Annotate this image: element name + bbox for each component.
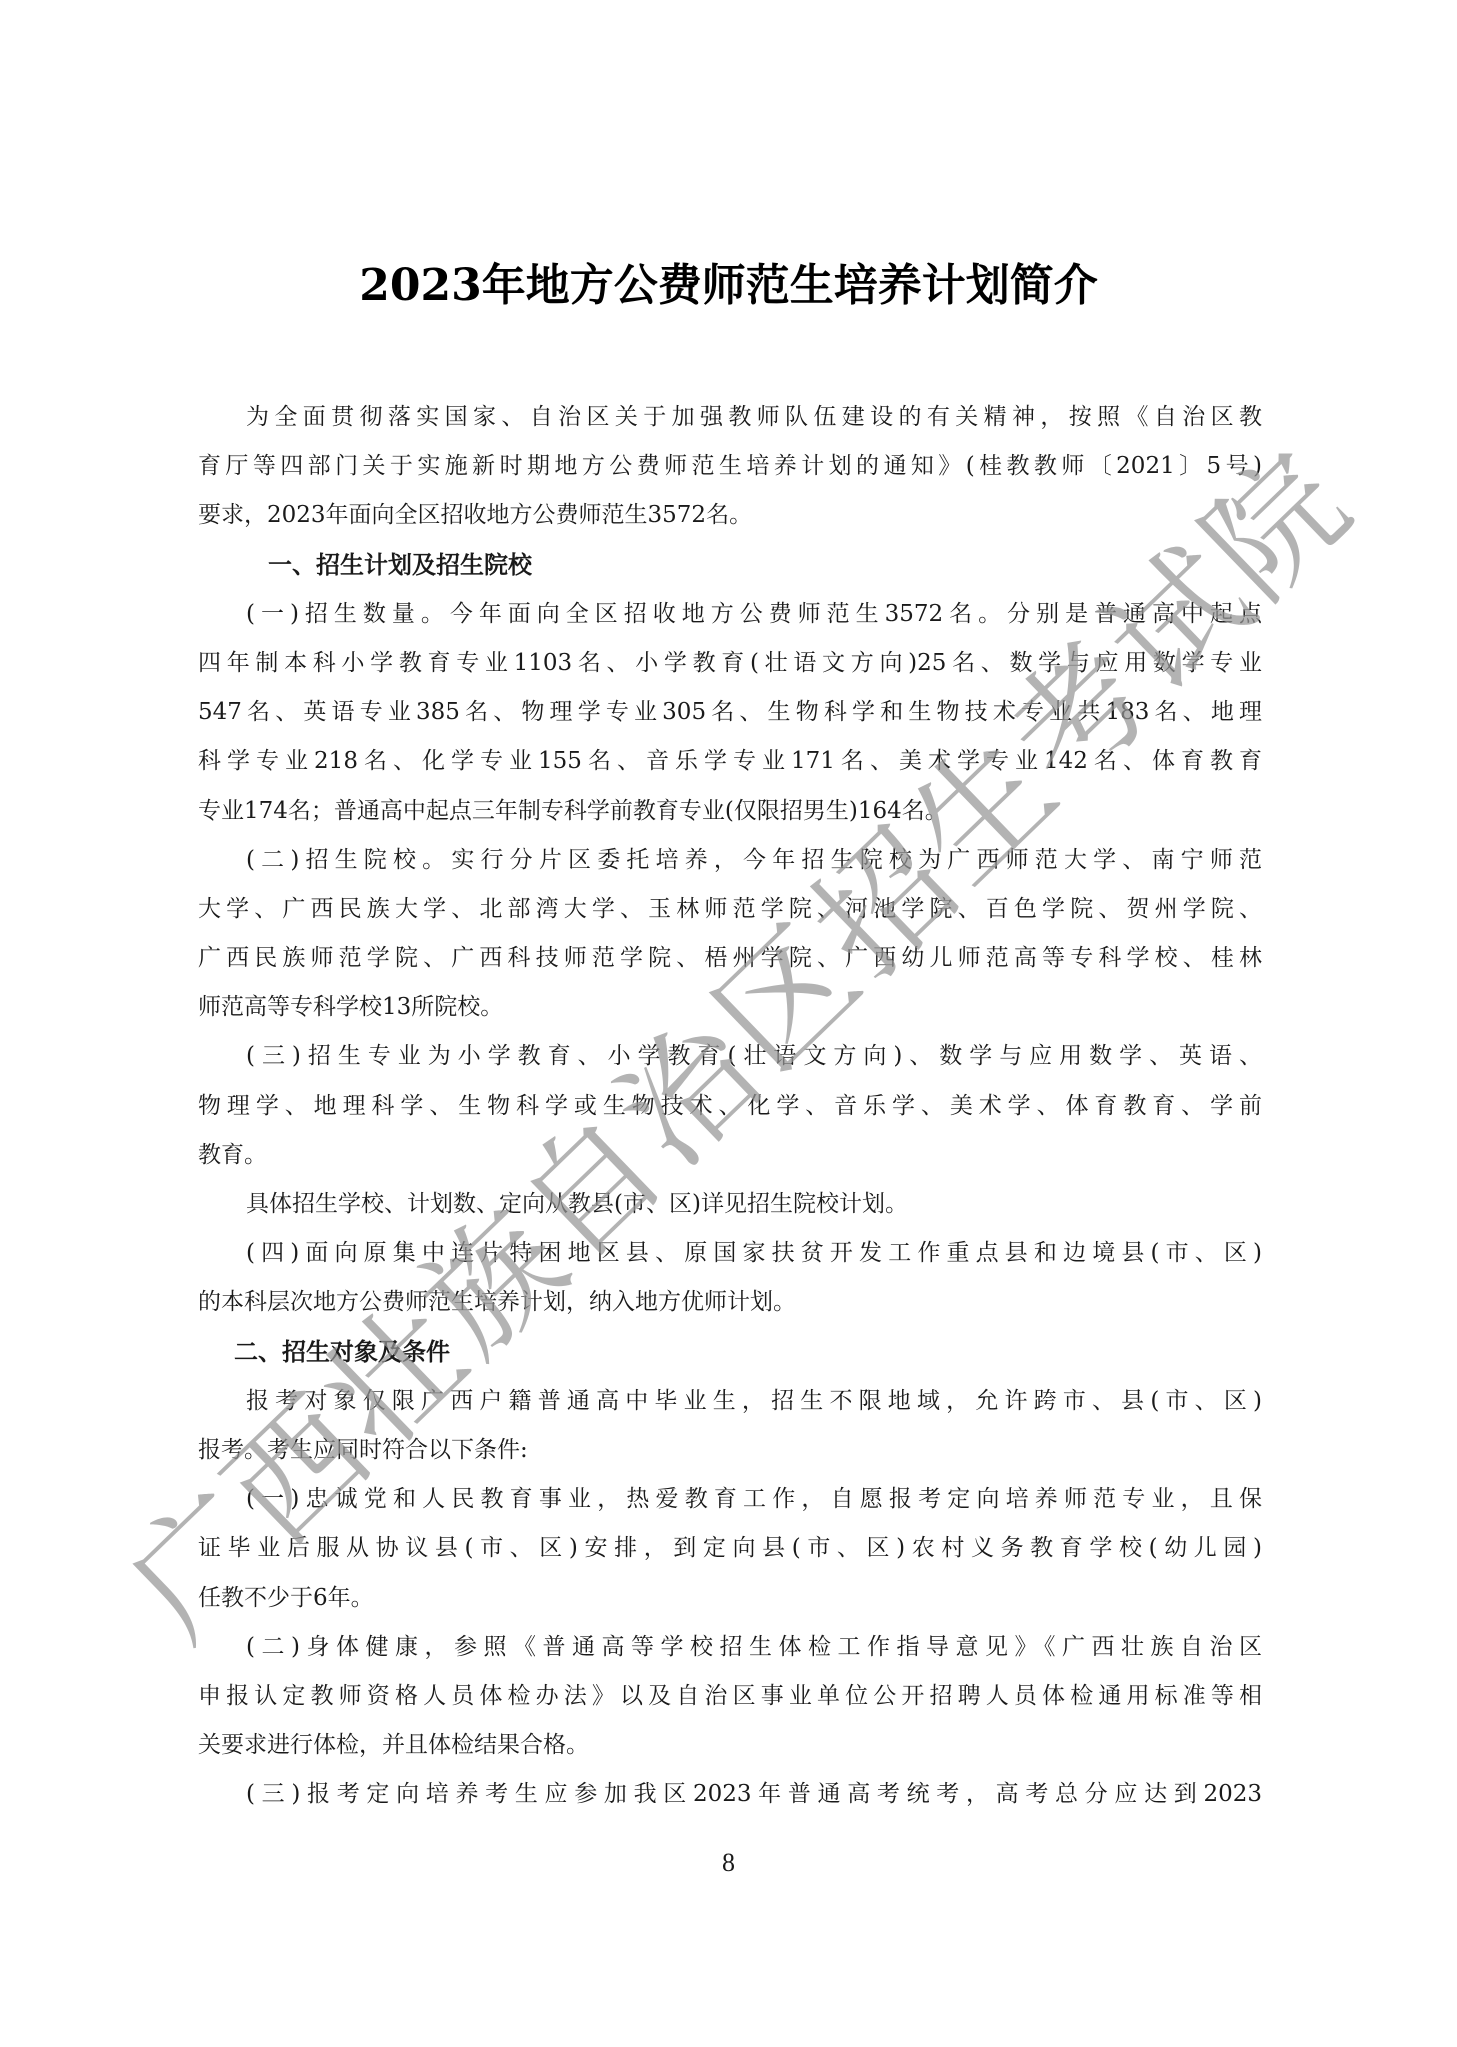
section-heading-2: 二、招生对象及条件 — [198, 1328, 1262, 1377]
paragraph-line: (三)报考定向培养考生应参加我区2023年普通高考统考，高考总分应达到2023 — [198, 1770, 1262, 1819]
paragraph-line: 为全面贯彻落实国家、自治区关于加强教师队伍建设的有关精神，按照《自治区教 — [198, 393, 1262, 442]
paragraph-line: 的本科层次地方公费师范生培养计划，纳入地方优师计划。 — [198, 1278, 1262, 1327]
paragraph-line: 广西民族师范学院、广西科技师范学院、梧州学院、广西幼儿师范高等专科学校、桂林 — [198, 934, 1262, 983]
paragraph-line: 四年制本科小学教育专业1103名、小学教育(壮语文方向)25名、数学与应用数学专… — [198, 639, 1262, 688]
paragraph-line: 物理学、地理科学、生物科学或生物技术、化学、音乐学、美术学、体育教育、学前 — [198, 1082, 1262, 1131]
document-title: 2023年地方公费师范生培养计划简介 — [0, 258, 1457, 314]
paragraph-line: 任教不少于6年。 — [198, 1574, 1262, 1623]
paragraph-line: (三)招生专业为小学教育、小学教育(壮语文方向)、数学与应用数学、英语、 — [198, 1032, 1262, 1081]
document-page: 2023年地方公费师范生培养计划简介 为全面贯彻落实国家、自治区关于加强教师队伍… — [0, 0, 1457, 2047]
paragraph-line: 证毕业后服从协议县(市、区)安排，到定向县(市、区)农村义务教育学校(幼儿园) — [198, 1524, 1262, 1573]
paragraph-line: (一)招生数量。今年面向全区招收地方公费师范生3572名。分别是普通高中起点 — [198, 590, 1262, 639]
paragraph-line: (二)身体健康，参照《普通高等学校招生体检工作指导意见》《广西壮族自治区 — [198, 1623, 1262, 1672]
paragraph-line: (一)忠诚党和人民教育事业，热爱教育工作，自愿报考定向培养师范专业，且保 — [198, 1475, 1262, 1524]
paragraph-line: 547名、英语专业385名、物理学专业305名、生物科学和生物技术专业共183名… — [198, 688, 1262, 737]
page-number: 8 — [0, 1848, 1457, 1878]
paragraph-line: 申报认定教师资格人员体检办法》以及自治区事业单位公开招聘人员体检通用标准等相 — [198, 1672, 1262, 1721]
document-body: 为全面贯彻落实国家、自治区关于加强教师队伍建设的有关精神，按照《自治区教 育厅等… — [198, 393, 1262, 1819]
section-heading-1: 一、招生计划及招生院校 — [198, 541, 1262, 590]
paragraph-line: (四)面向原集中连片特困地区县、原国家扶贫开发工作重点县和边境县(市、区) — [198, 1229, 1262, 1278]
paragraph-line: 要求，2023年面向全区招收地方公费师范生3572名。 — [198, 491, 1262, 540]
paragraph-line: 大学、广西民族大学、北部湾大学、玉林师范学院、河池学院、百色学院、贺州学院、 — [198, 885, 1262, 934]
paragraph-line: 报考对象仅限广西户籍普通高中毕业生，招生不限地域，允许跨市、县(市、区) — [198, 1377, 1262, 1426]
paragraph-line: 具体招生学校、计划数、定向从教县(市、区)详见招生院校计划。 — [198, 1180, 1262, 1229]
paragraph-line: 关要求进行体检，并且体检结果合格。 — [198, 1721, 1262, 1770]
paragraph-line: 教育。 — [198, 1131, 1262, 1180]
paragraph-line: 科学专业218名、化学专业155名、音乐学专业171名、美术学专业142名、体育… — [198, 737, 1262, 786]
paragraph-line: 报考。考生应同时符合以下条件: — [198, 1426, 1262, 1475]
paragraph-line: (二)招生院校。实行分片区委托培养，今年招生院校为广西师范大学、南宁师范 — [198, 836, 1262, 885]
paragraph-line: 育厅等四部门关于实施新时期地方公费师范生培养计划的通知》(桂教教师〔2021〕5… — [198, 442, 1262, 491]
paragraph-line: 师范高等专科学校13所院校。 — [198, 983, 1262, 1032]
paragraph-line: 专业174名；普通高中起点三年制专科学前教育专业(仅限招男生)164名。 — [198, 787, 1262, 836]
